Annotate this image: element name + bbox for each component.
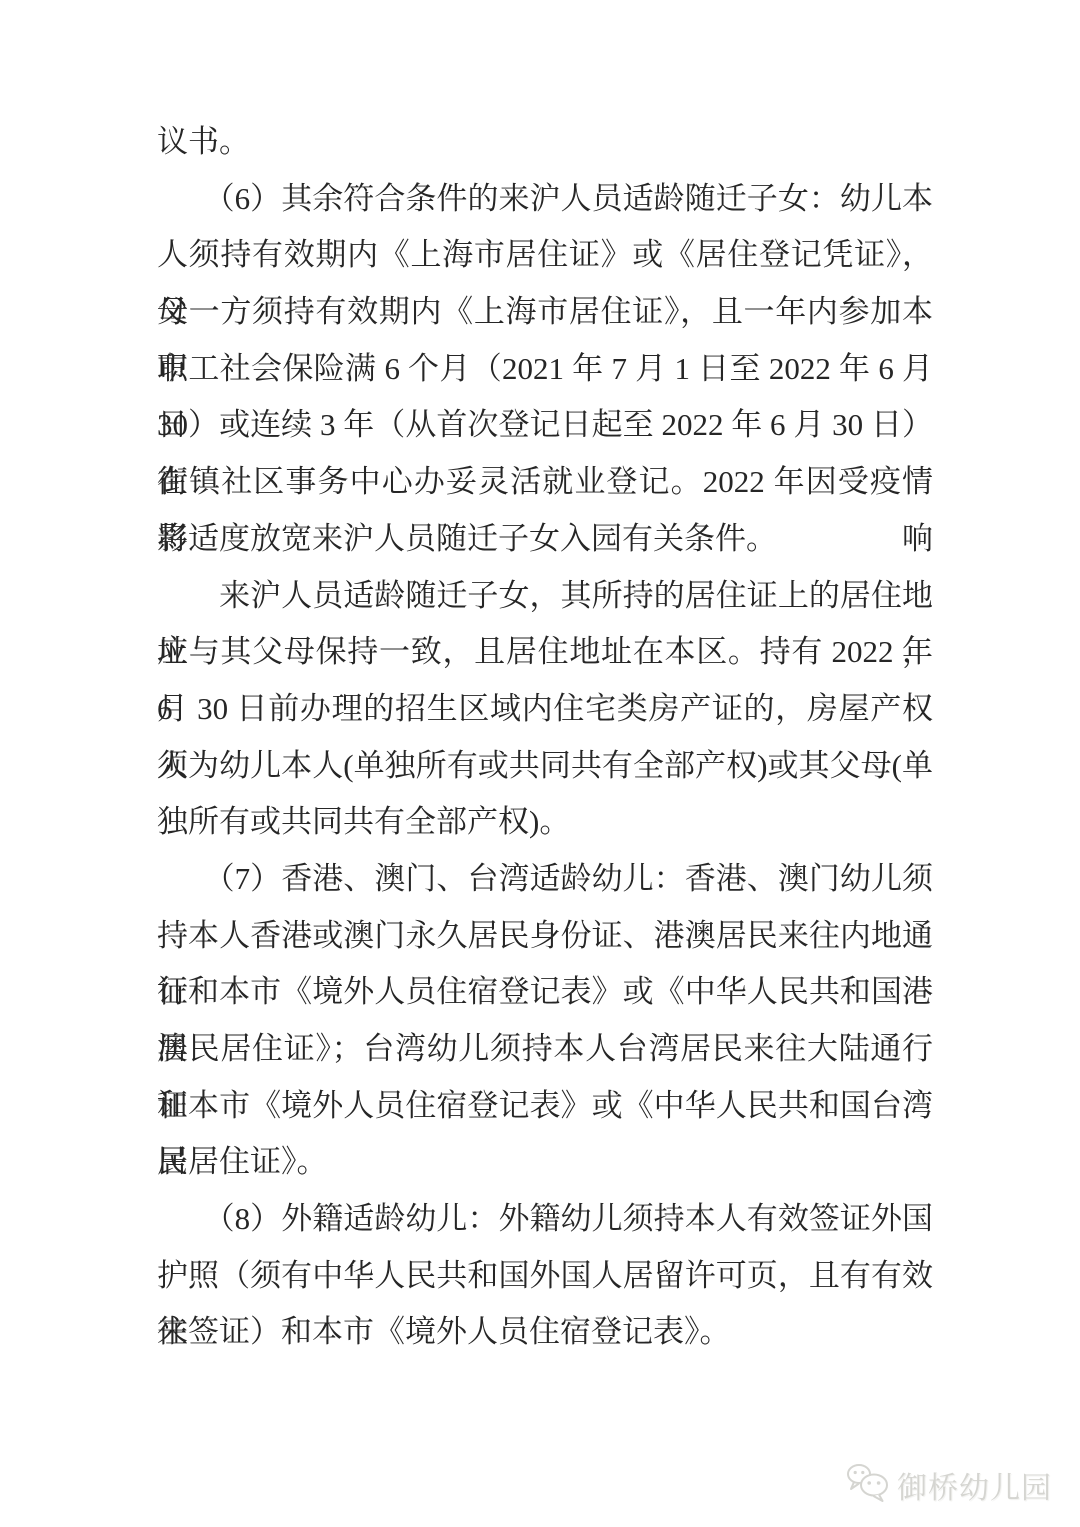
document-line: 议书。	[157, 114, 933, 171]
document-line: 母一方须持有效期内《上海市居住证》，且一年内参加本市	[157, 284, 933, 341]
document-line: 日）或连续 3 年（从首次登记日起至 2022 年 6 月 30 日）在	[157, 397, 933, 454]
document-line: （8）外籍适龄幼儿：外籍幼儿须持本人有效签证外国	[157, 1191, 933, 1248]
document-page: 议书。 （6）其余符合条件的来沪人员适龄随迁子女：幼儿本 人须持有效期内《上海市…	[0, 0, 1080, 1527]
document-line: 来签证）和本市《境外人员住宿登记表》。	[157, 1304, 933, 1361]
document-line: 人须持有效期内《上海市居住证》或《居住登记凭证》，父	[157, 227, 933, 284]
document-line: 持本人香港或澳门永久居民身份证、港澳居民来往内地通行	[157, 908, 933, 965]
document-line: 应与其父母保持一致，且居住地址在本区。持有 2022 年 6	[157, 624, 933, 681]
document-line: （7）香港、澳门、台湾适龄幼儿：香港、澳门幼儿须	[157, 851, 933, 908]
document-line: （6）其余符合条件的来沪人员适龄随迁子女：幼儿本	[157, 171, 933, 228]
document-text-block: 议书。 （6）其余符合条件的来沪人员适龄随迁子女：幼儿本 人须持有效期内《上海市…	[157, 114, 933, 1361]
document-line: 须为幼儿本人(单独所有或共同共有全部产权)或其父母(单	[157, 738, 933, 795]
document-line: 独所有或共同共有全部产权)。	[157, 794, 933, 851]
account-watermark: 御桥幼儿园	[846, 1462, 1052, 1507]
document-line: 证和本市《境外人员住宿登记表》或《中华人民共和国港澳	[157, 964, 933, 1021]
document-line: 来沪人员适龄随迁子女，其所持的居住证上的居住地址，	[157, 568, 933, 625]
document-line: 职工社会保险满 6 个月（2021 年 7 月 1 日至 2022 年 6 月 …	[157, 341, 933, 398]
document-line: 月 30 日前办理的招生区域内住宅类房产证的，房屋产权人	[157, 681, 933, 738]
document-line: 护照（须有中华人民共和国外国人居留许可页，且有有效往	[157, 1248, 933, 1305]
document-line: 居民居住证》；台湾幼儿须持本人台湾居民来往大陆通行证	[157, 1021, 933, 1078]
document-line: 民居住证》。	[157, 1134, 933, 1191]
document-line: 和本市《境外人员住宿登记表》或《中华人民共和国台湾居	[157, 1078, 933, 1135]
watermark-label: 御桥幼儿园	[897, 1463, 1052, 1507]
document-line: 街镇社区事务中心办妥灵活就业登记。2022 年因受疫情影响	[157, 454, 933, 511]
wechat-logo-icon	[846, 1462, 888, 1507]
